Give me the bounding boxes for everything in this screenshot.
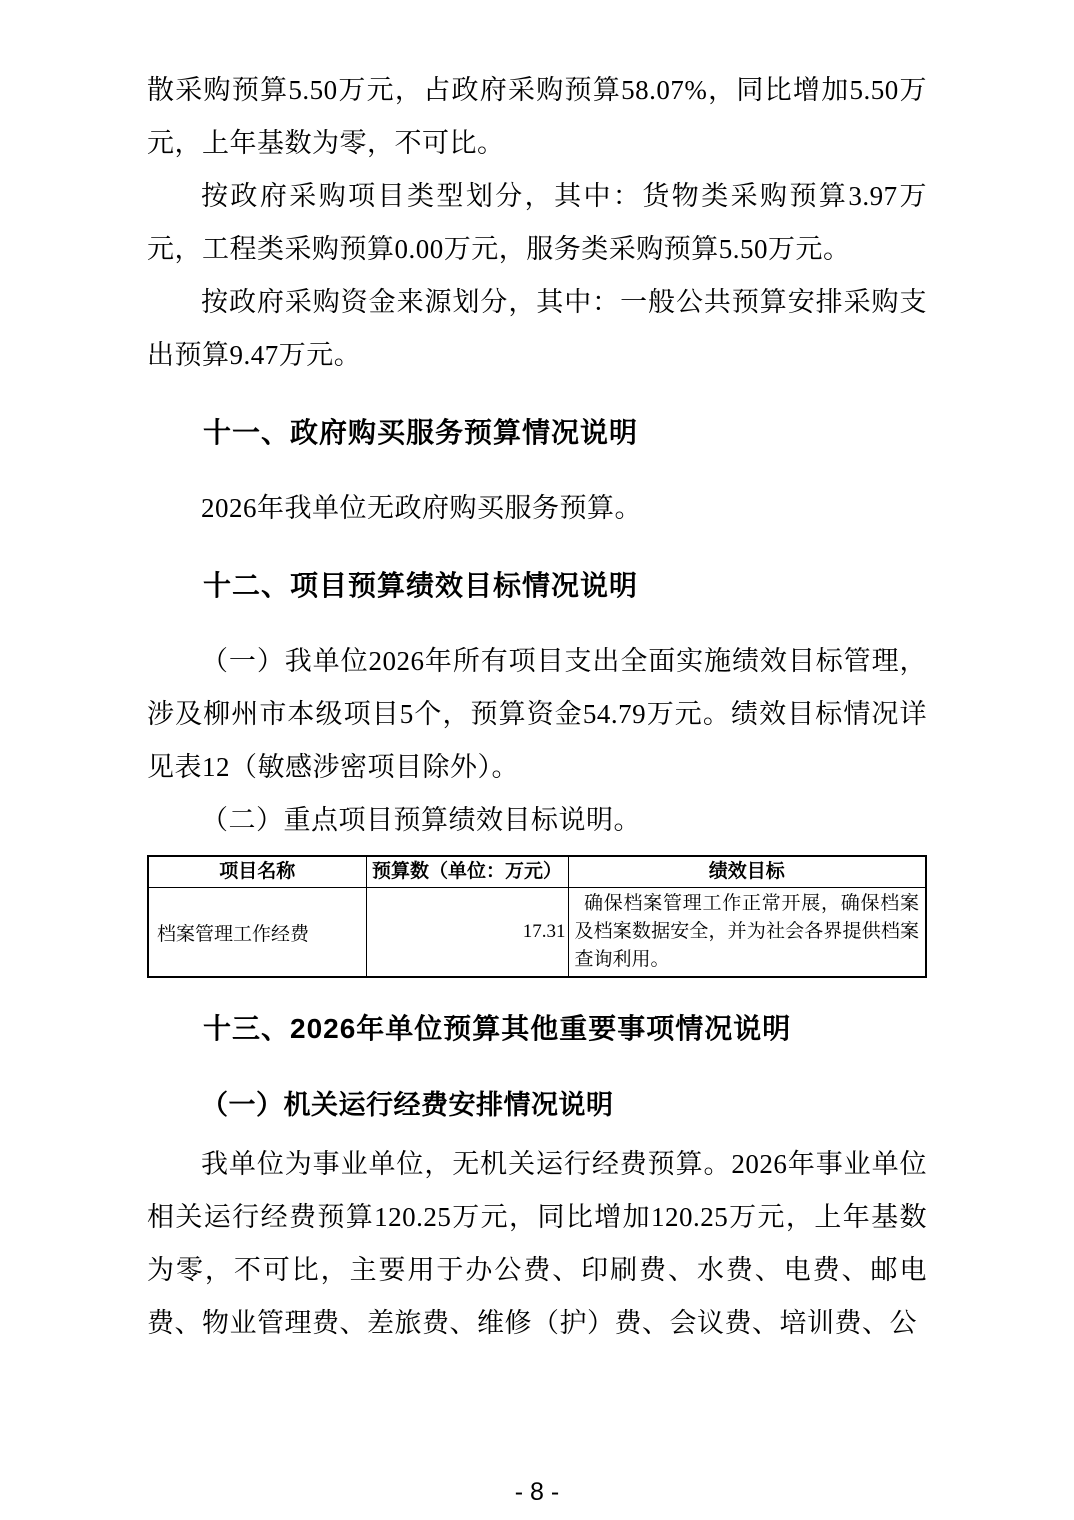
page-content: 散采购预算5.50万元，占政府采购预算58.07%，同比增加5.50万元，上年基… — [147, 64, 927, 1350]
table-header-row: 项目名称 预算数（单位：万元） 绩效目标 — [148, 856, 926, 888]
table-cell-performance-target: 确保档案管理工作正常开展，确保档案及档案数据安全，并为社会各界提供档案查询利用。 — [568, 888, 926, 978]
section-12-paragraph-2: （二）重点项目预算绩效目标说明。 — [147, 794, 927, 847]
section-12-paragraph-1: （一）我单位2026年所有项目支出全面实施绩效目标管理，涉及柳州市本级项目5个，… — [147, 635, 927, 794]
table-cell-project-name: 档案管理工作经费 — [148, 888, 366, 978]
table-header-performance-target: 绩效目标 — [568, 856, 926, 888]
table-cell-budget-amount: 17.31 — [366, 888, 568, 978]
section-11-heading: 十一、政府购买服务预算情况说明 — [147, 406, 927, 460]
section-12-heading: 十二、项目预算绩效目标情况说明 — [147, 559, 927, 613]
paragraph-procurement-by-funding: 按政府采购资金来源划分，其中：一般公共预算安排采购支出预算9.47万元。 — [147, 276, 927, 382]
table-header-project-name: 项目名称 — [148, 856, 366, 888]
section-13-sub1-heading: （一）机关运行经费安排情况说明 — [147, 1078, 927, 1132]
section-11-body: 2026年我单位无政府购买服务预算。 — [147, 482, 927, 535]
document-page: 散采购预算5.50万元，占政府采购预算58.07%，同比增加5.50万元，上年基… — [0, 0, 1074, 1520]
section-13-sub1-body: 我单位为事业单位，无机关运行经费预算。2026年事业单位相关运行经费预算120.… — [147, 1138, 927, 1350]
section-13-heading: 十三、2026年单位预算其他重要事项情况说明 — [147, 1002, 927, 1056]
table-header-budget-amount: 预算数（单位：万元） — [366, 856, 568, 888]
paragraph-dispersed-procurement: 散采购预算5.50万元，占政府采购预算58.07%，同比增加5.50万元，上年基… — [147, 64, 927, 170]
performance-target-table: 项目名称 预算数（单位：万元） 绩效目标 档案管理工作经费 17.31 确保档案… — [147, 855, 927, 978]
page-number: - 8 - — [0, 1478, 1074, 1506]
table-row: 档案管理工作经费 17.31 确保档案管理工作正常开展，确保档案及档案数据安全，… — [148, 888, 926, 978]
paragraph-procurement-by-type: 按政府采购项目类型划分，其中：货物类采购预算3.97万元，工程类采购预算0.00… — [147, 170, 927, 276]
